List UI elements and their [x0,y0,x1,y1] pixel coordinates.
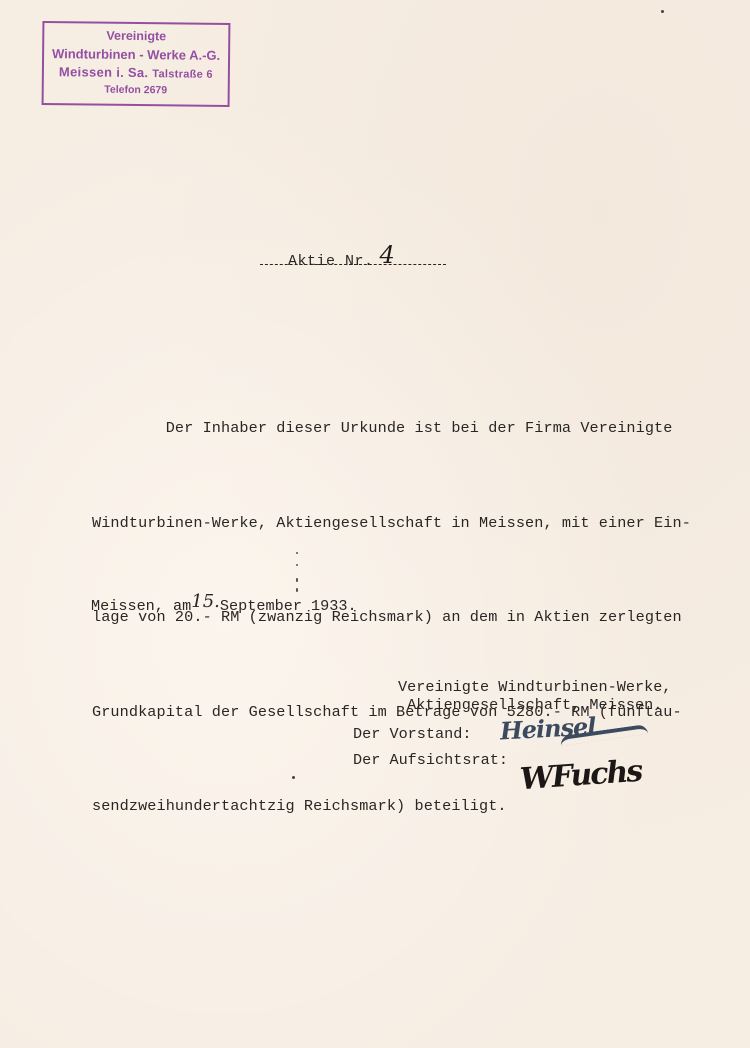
paper-speck [292,776,295,779]
company-line-2: Aktiengesellschaft, Meissen. [398,696,671,714]
stamp-line-1: Vereinigte [44,29,228,43]
vorstand-label: Der Vorstand: [353,725,471,743]
paper-speck [661,10,664,13]
title-underline [260,264,446,265]
signatory-company: Vereinigte Windturbinen-Werke, Aktienges… [398,678,671,714]
place-date-line: Meissen, am15.September 1933. [91,594,357,615]
share-title: Aktie Nr.4 [288,243,395,271]
share-title-label: Aktie Nr. [288,253,374,270]
stamp-street: Talstraße 6 [152,68,213,81]
stamp-city: Meissen i. Sa. [59,64,153,80]
company-line-1: Vereinigte Windturbinen-Werke, [398,678,671,696]
date-prefix: Meissen, am [91,597,191,615]
date-day-handwritten: 15. [191,591,220,612]
company-stamp: Vereinigte Windturbinen - Werke A.-G. Me… [42,21,231,107]
paper-marks [296,552,298,592]
body-line: sendzweihundertachtzig Reichsmark) betei… [92,791,712,823]
stamp-line-3: Meissen i. Sa. Talstraße 6 [44,65,228,81]
date-suffix: September 1933. [220,597,357,615]
body-line: Der Inhaber dieser Urkunde ist bei der F… [92,413,712,445]
stamp-line-2: Windturbinen - Werke A.-G. [44,47,228,62]
body-line: Windturbinen-Werke, Aktiengesellschaft i… [92,508,712,540]
stamp-phone: Telefon 2679 [44,84,228,96]
aufsichtsrat-label: Der Aufsichtsrat: [353,751,508,769]
